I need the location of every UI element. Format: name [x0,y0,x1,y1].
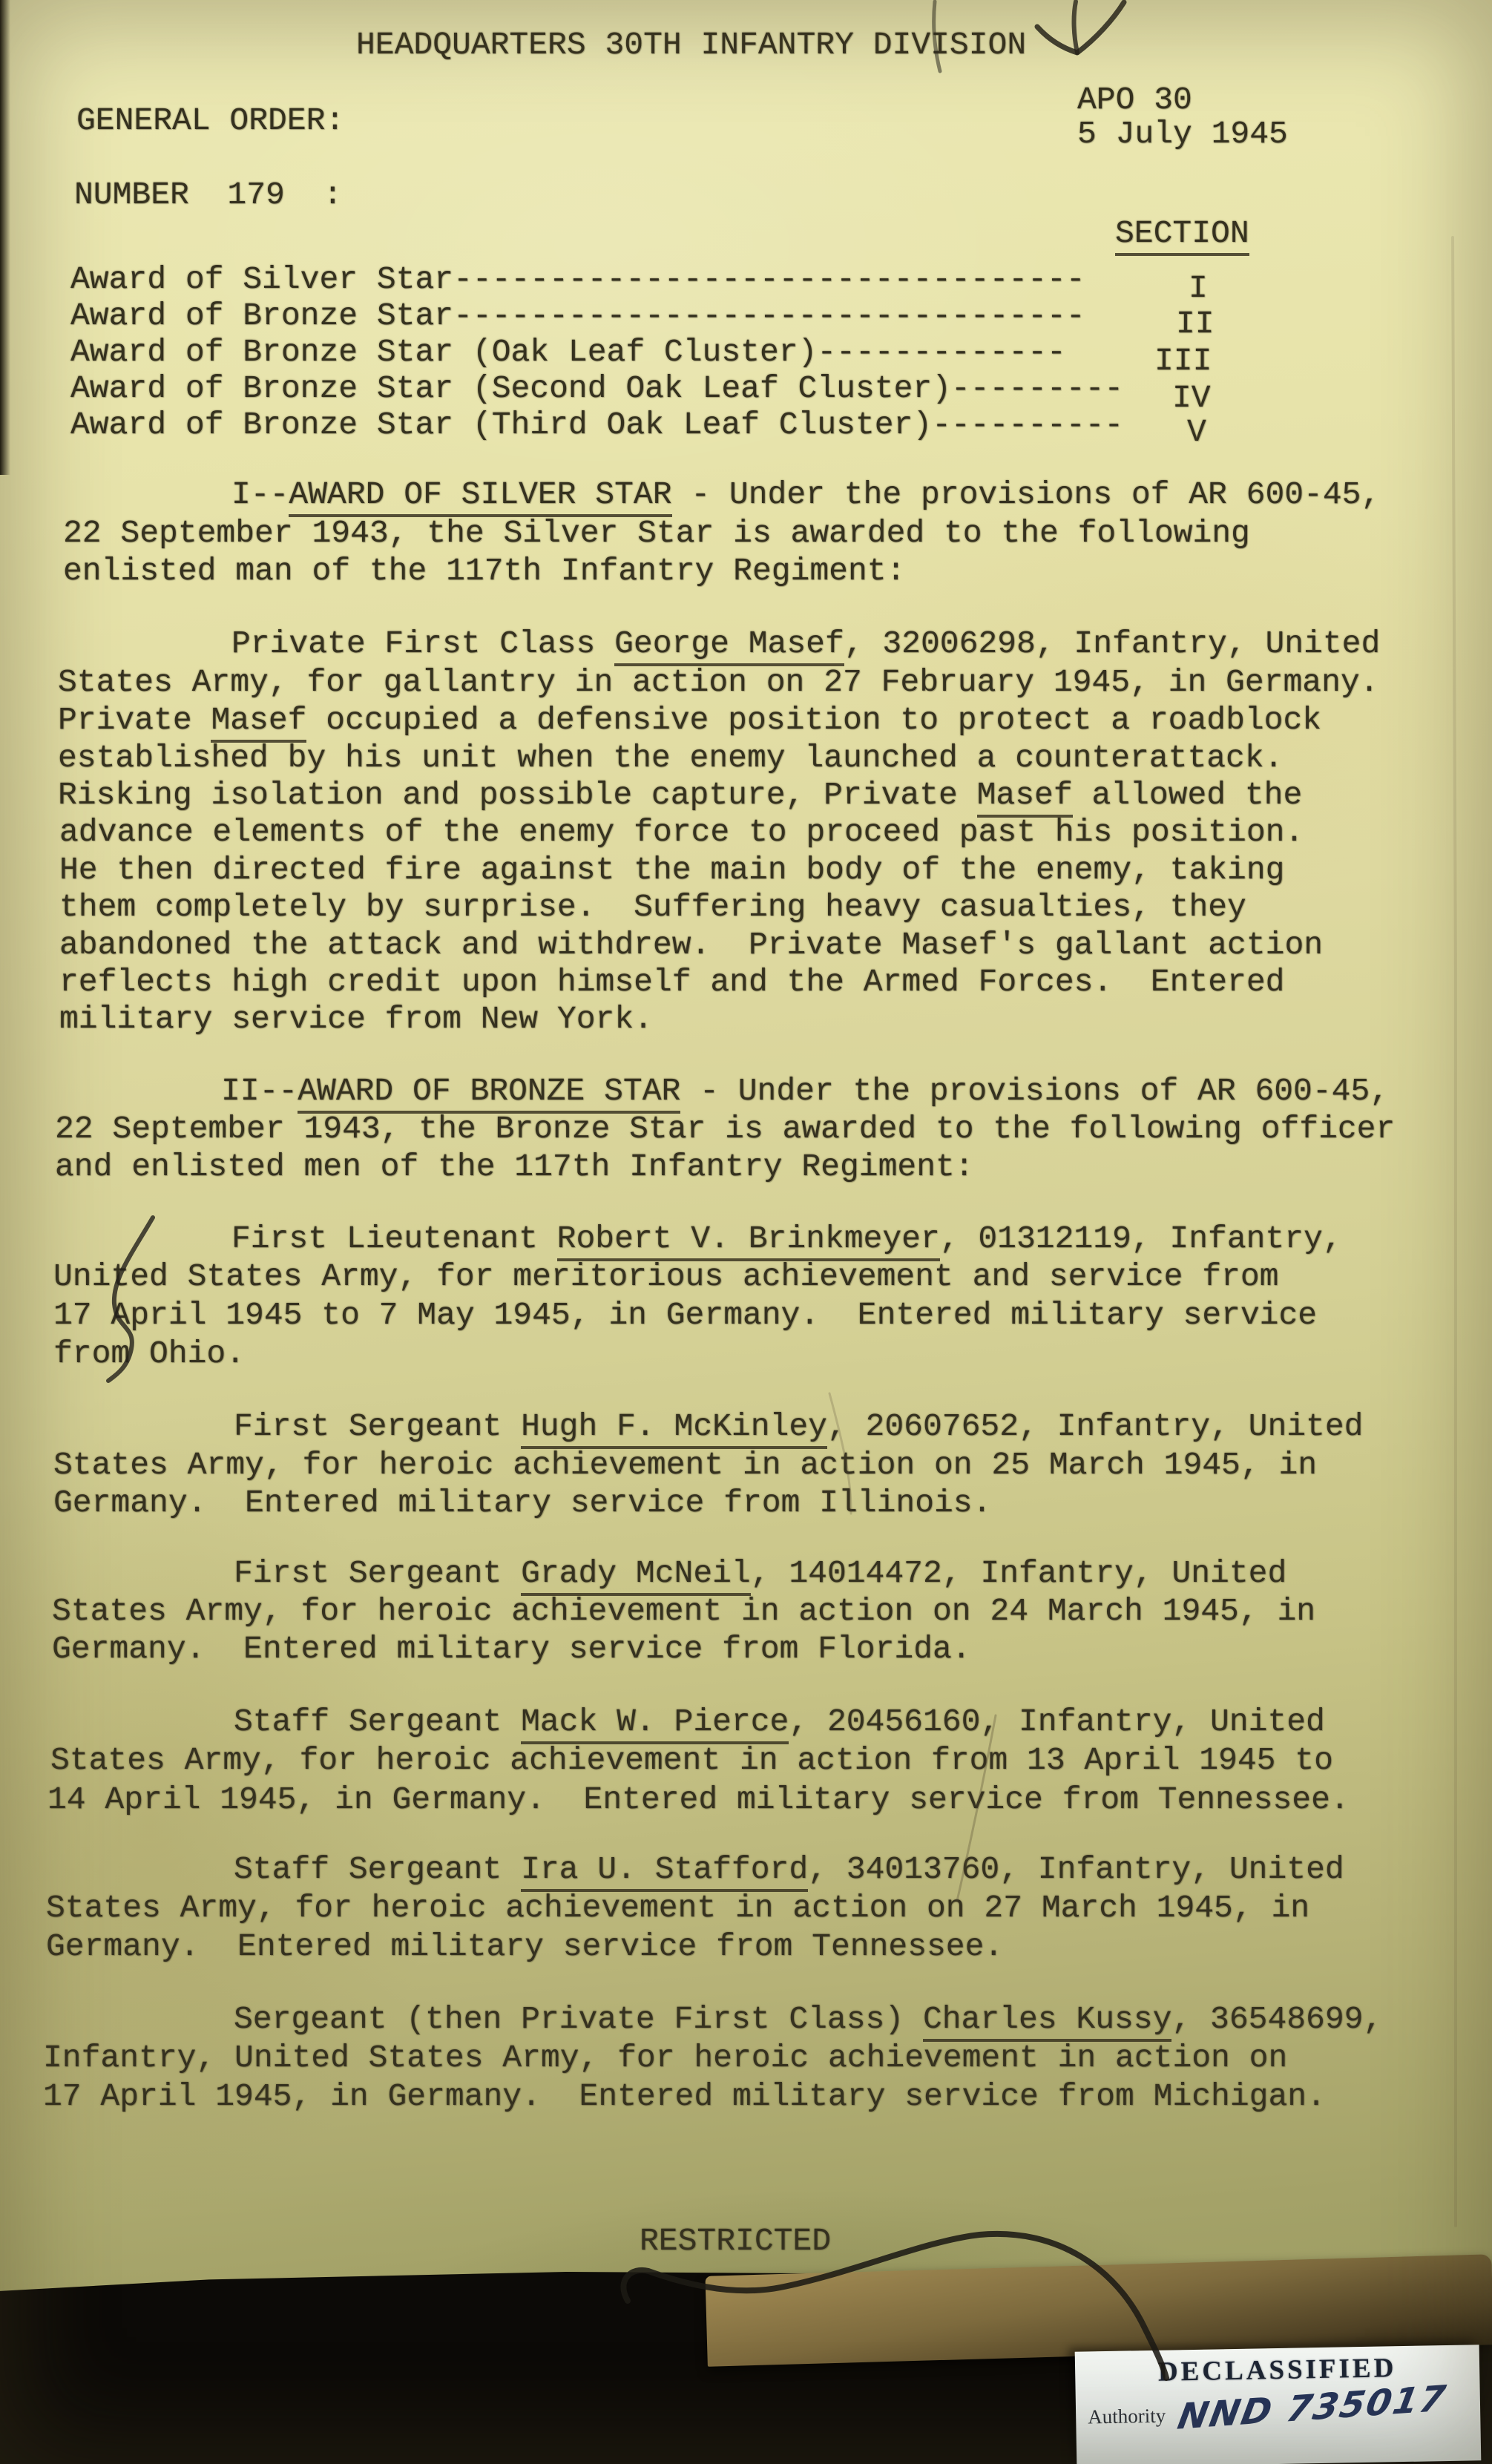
citation-masef-line6: advance elements of the enemy force to p… [59,814,1304,850]
citation-mckinley-line3: Germany. Entered military service from I… [53,1485,991,1521]
paper-crease-3 [1453,237,1457,2226]
index-numeral-5: V [1187,414,1206,450]
citation-masef-line5: Risking isolation and possible capture, … [58,777,1302,813]
citation-masef-line1: Private First Class George Masef, 320062… [231,625,1380,662]
order-date: 5 July 1945 [1077,116,1288,152]
citation-masef-line11: military service from New York. [59,1001,653,1037]
index-numeral-1: I [1189,270,1208,306]
pen-checkmark [1037,2,1124,53]
citation-mckinley-line1: First Sergeant Hugh F. McKinley, 2060765… [234,1408,1363,1445]
index-row-silver-star: Award of Silver Star--------------------… [70,261,1085,298]
index-numeral-3: III [1154,343,1212,379]
index-numeral-4: IV [1172,380,1211,416]
citation-mcneil-line2: States Army, for heroic achievement in a… [52,1593,1315,1629]
citation-masef-line4: established by his unit when the enemy l… [58,740,1283,776]
scan-edge-shadow [0,0,10,475]
section1-heading: I--AWARD OF SILVER STAR - Under the prov… [231,476,1380,513]
citation-mckinley-line2: States Army, for heroic achievement in a… [53,1447,1317,1483]
section2-intro-line1: 22 September 1943, the Bronze Star is aw… [55,1111,1395,1147]
section2-intro-line2: and enlisted men of the 117th Infantry R… [55,1149,974,1185]
general-order-label: GENERAL ORDER: [76,102,344,139]
citation-masef-line10: reflects high credit upon himself and th… [59,964,1284,1000]
restricted-classification-marking: RESTRICTED [640,2223,831,2259]
index-row-bronze-star: Award of Bronze Star--------------------… [70,298,1085,334]
order-number: NUMBER 179 : [74,177,342,213]
citation-brinkmeyer-line4: from Ohio. [53,1336,245,1372]
citation-brinkmeyer-line2: United States Army, for meritorious achi… [53,1258,1278,1295]
citation-kussy-line2: Infantry, United States Army, for heroic… [43,2040,1287,2076]
citation-masef-line9: abandoned the attack and withdrew. Priva… [59,927,1323,963]
index-numeral-2: II [1176,306,1215,342]
citation-pierce-line1: Staff Sergeant Mack W. Pierce, 20456160,… [234,1704,1325,1740]
citation-masef-line2: States Army, for gallantry in action on … [58,664,1379,700]
authority-label: Authority [1088,2405,1166,2428]
index-row-bronze-2olc: Award of Bronze Star (Second Oak Leaf Cl… [70,370,1123,407]
citation-masef-line8: them completely by surprise. Suffering h… [59,889,1246,925]
section1-intro-line1: 22 September 1943, the Silver Star is aw… [63,515,1250,551]
citation-brinkmeyer-line1: First Lieutenant Robert V. Brinkmeyer, 0… [231,1220,1342,1257]
section-column-heading: SECTION [1115,215,1249,256]
declassified-authority-row: Authority NND 735017 [1088,2384,1481,2432]
pen-checkmark-hook [1074,1,1077,53]
citation-kussy-line3: 17 April 1945, in Germany. Entered milit… [43,2078,1326,2115]
apo-number: APO 30 [1077,82,1192,118]
citation-kussy-line1: Sergeant (then Private First Class) Char… [234,2001,1382,2037]
citation-brinkmeyer-line3: 17 April 1945 to 7 May 1945, in Germany.… [53,1297,1317,1333]
citation-masef-line7: He then directed fire against the main b… [59,852,1284,888]
index-row-bronze-3olc: Award of Bronze Star (Third Oak Leaf Clu… [70,407,1123,443]
citation-pierce-line3: 14 April 1945, in Germany. Entered milit… [47,1781,1350,1818]
declassified-stamp: DECLASSIFIED Authority NND 735017 [1075,2345,1482,2464]
scanned-document-page: HEADQUARTERS 30TH INFANTRY DIVISION GENE… [0,0,1492,2464]
citation-masef-line3: Private Masef occupied a defensive posit… [58,702,1321,738]
citation-stafford-line1: Staff Sergeant Ira U. Stafford, 34013760… [234,1851,1344,1888]
section2-heading: II--AWARD OF BRONZE STAR - Under the pro… [221,1073,1389,1109]
index-row-bronze-olc: Award of Bronze Star (Oak Leaf Cluster)-… [70,334,1066,370]
document-title: HEADQUARTERS 30TH INFANTRY DIVISION [356,27,1026,63]
citation-mcneil-line3: Germany. Entered military service from F… [52,1631,971,1667]
section1-intro-line2: enlisted man of the 117th Infantry Regim… [63,553,905,589]
citation-mcneil-line1: First Sergeant Grady McNeil, 14014472, I… [234,1555,1286,1591]
citation-pierce-line2: States Army, for heroic achievement in a… [50,1742,1333,1778]
citation-stafford-line2: States Army, for heroic achievement in a… [46,1890,1309,1926]
citation-stafford-line3: Germany. Entered military service from T… [46,1928,1003,1965]
